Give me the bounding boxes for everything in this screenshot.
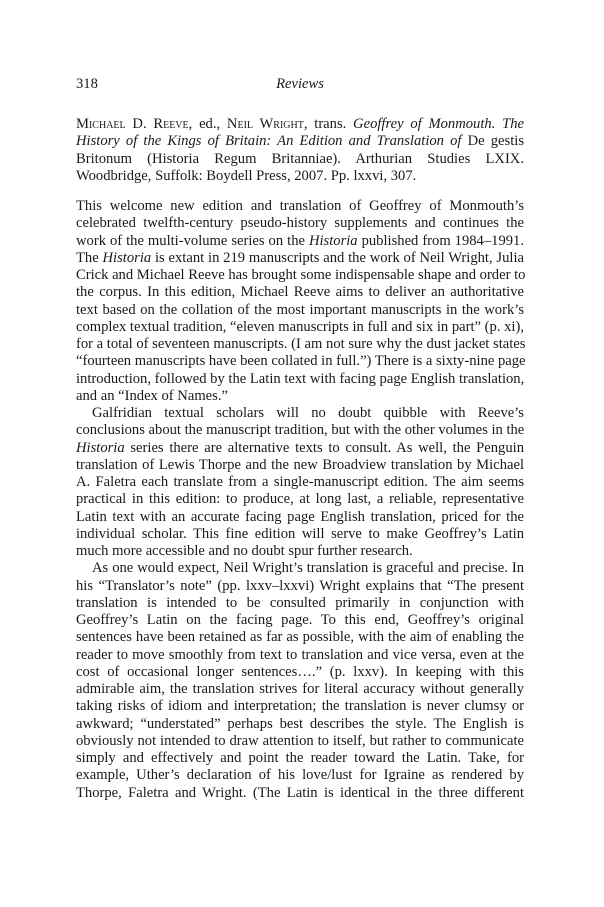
paragraph: As one would expect, Neil Wright’s trans… <box>76 560 524 802</box>
text-line: conclusions about the manuscript traditi… <box>76 422 524 439</box>
editor-role: , ed., <box>189 116 227 132</box>
text-line: work of the multi-volume series on the H… <box>76 233 524 250</box>
text-line: “fourteen manuscripts have been collated… <box>76 353 524 370</box>
text-line: celebrated twelfth-century pseudo-histor… <box>76 215 524 232</box>
text-line: awkward; “understated” perhaps best desc… <box>76 716 524 733</box>
editor-name: Michael D. Reeve <box>76 116 189 132</box>
text-line: cost of occasional longer sentences….” (… <box>76 664 524 681</box>
text-line: much more accessible and no doubt spur f… <box>76 543 524 560</box>
translator-role: , trans. <box>304 116 353 132</box>
running-title: Reviews <box>76 76 524 93</box>
text-line: the corpus. In this edition, Michael Ree… <box>76 284 524 301</box>
text-line: The Historia is extant in 219 manuscript… <box>76 250 524 267</box>
text-line: individual scholar. This fine edition wi… <box>76 526 524 543</box>
text-line: text based on the collation of the most … <box>76 302 524 319</box>
paragraph: This welcome new edition and translation… <box>76 198 524 405</box>
text-line: Crick and Michael Reeve has brought some… <box>76 267 524 284</box>
document-page: 318 Reviews Michael D. Reeve, ed., Neil … <box>76 76 524 802</box>
text-line: for a total of seventeen manuscripts. (I… <box>76 336 524 353</box>
paragraph: Galfridian textual scholars will no doub… <box>76 405 524 560</box>
text-line: introduction, followed by the Latin text… <box>76 371 524 388</box>
text-line: Geoffrey’s Latin on the facing page. To … <box>76 612 524 629</box>
review-body: This welcome new edition and translation… <box>76 198 524 802</box>
text-line: practical in this edition: to produce, a… <box>76 491 524 508</box>
text-line: obviously not intended to draw attention… <box>76 733 524 750</box>
text-line: As one would expect, Neil Wright’s trans… <box>76 560 524 577</box>
text-line: This welcome new edition and translation… <box>76 198 524 215</box>
text-line: complex textual tradition, “eleven manus… <box>76 319 524 336</box>
text-line: A. Faletra each translate from a single-… <box>76 474 524 491</box>
italic-title: Historia <box>76 440 125 456</box>
text-line: Thorpe, Faletra and Wright. (The Latin i… <box>76 785 524 802</box>
book-citation: Michael D. Reeve, ed., Neil Wright, tran… <box>76 116 524 185</box>
text-line: example, Uther’s declaration of his love… <box>76 767 524 784</box>
text-line: translation is intended to be consulted … <box>76 595 524 612</box>
text-line: reader to move smoothly from text to tra… <box>76 647 524 664</box>
text-line: Latin text with an accurate facing page … <box>76 509 524 526</box>
text-line: admirable aim, the translation strives f… <box>76 681 524 698</box>
italic-title: Historia <box>309 233 358 249</box>
text-line: Historia series there are alternative te… <box>76 440 524 457</box>
italic-title: Historia <box>103 250 152 266</box>
text-line: translation of Lewis Thorpe and the new … <box>76 457 524 474</box>
running-head: 318 Reviews <box>76 76 524 98</box>
text-line: and an “Index of Names.” <box>76 388 524 405</box>
translator-name: Neil Wright <box>227 116 304 132</box>
text-line: simply and effectively and point the rea… <box>76 750 524 767</box>
text-line: taking risks of idiom and interpretation… <box>76 698 524 715</box>
text-line: sentences have been retained as far as p… <box>76 629 524 646</box>
text-line: Galfridian textual scholars will no doub… <box>76 405 524 422</box>
text-line: his “Translator’s note” (pp. lxxv–lxxvi)… <box>76 578 524 595</box>
